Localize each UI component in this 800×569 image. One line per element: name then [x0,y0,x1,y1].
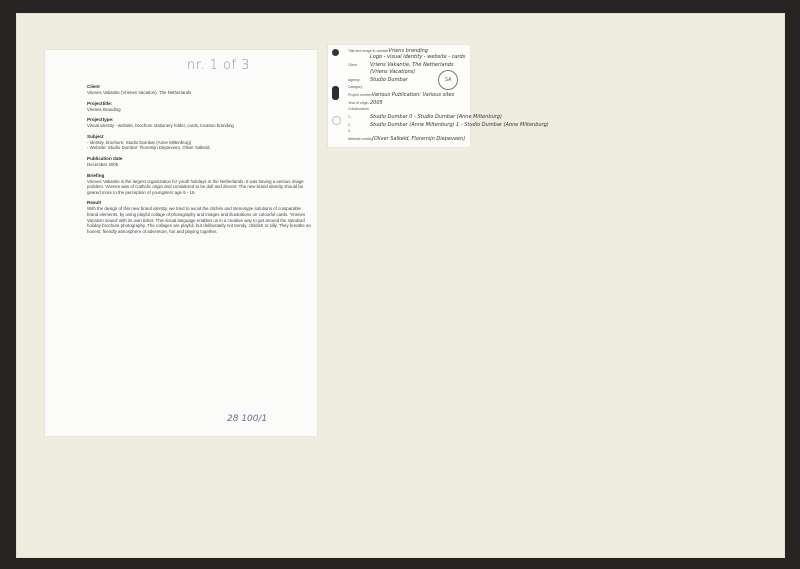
card-row-value: (Oliver Salkeld, Floremijn Diepeveen) [372,136,465,142]
stamp-seal: SA [438,70,458,90]
card-row-label: 2 - [348,123,370,127]
handwritten-reference-top: nr. 1 of 3 [187,58,250,73]
card-row: Year of origin2005 [348,100,383,106]
card-row: 1 -Studio Dumbar 0 - Studio Dumbar (Anne… [348,114,502,120]
card-row-value: Various Publication: Various sites [372,92,455,98]
section: Projecttitle:Vrienes Branding [87,101,313,113]
card-row-value: 2005 [370,100,383,106]
section: ClientVrienes Vakantie (Vrienes Vacation… [87,84,313,96]
section-text: Vrienes Vakantie is the largest organiza… [87,179,313,196]
section-text: Vrienes Branding [87,107,313,113]
card-row-label: Year of origin [348,101,370,105]
section-text: With the design of this new brand identi… [87,206,313,234]
punch-slot-icon [332,86,339,100]
card-row-label: Collaborators [348,107,370,111]
card-row: (Vriens Vacations) [348,69,415,75]
card-row: Project numberVarious Publication: Vario… [348,92,454,98]
section-text: Visual identity - website, brochure stat… [87,123,313,129]
card-row-value: (Vriens Vacations) [370,69,415,75]
section-text: Vrienes Vakantie (Vrienes Vacation), The… [87,90,313,96]
handwritten-reference-bottom: 28 100/1 [227,414,267,424]
card-row-label: Category [348,85,370,89]
card-row-label: 3 - [348,129,370,133]
section: ResultWith the design of this new brand … [87,200,313,234]
card-row-label: Title and image in website [348,49,388,53]
section-text: - Identity, brochure: Studio Dumbar (Ann… [87,140,313,151]
card-row-label: Client [348,63,370,67]
card-row-value: Studio Dumbar [370,77,408,83]
punch-hole-icon [332,49,339,56]
card-row-value: Vriens Vakantie, The Netherlands [370,62,454,68]
sheet-content: ClientVrienes Vakantie (Vrienes Vacation… [87,84,313,239]
card-row-label: Agency [348,78,370,82]
backing-board: nr. 1 of 3 ClientVrienes Vakantie (Vrien… [16,13,785,558]
section: BriefingVrienes Vakantie is the largest … [87,173,313,196]
card-row: Logo - visual identity - website - cards [348,54,465,60]
punch-hole-empty-icon [332,116,341,125]
card-row: 2 -Studio Dumbar (Anne Miltenburg) 1 - S… [348,122,549,128]
card-row-value: Studio Dumbar 0 - Studio Dumbar (Anne Mi… [370,114,502,120]
card-row: Category [348,85,370,89]
card-row-value: Logo - visual identity - website - cards [370,54,465,60]
index-card: SA Title and image in websiteVriens bran… [328,45,470,147]
card-row: AgencyStudio Dumbar [348,77,408,83]
card-row-value: Studio Dumbar (Anne Miltenburg) 1 - Stud… [370,122,549,128]
card-row-label: 1 - [348,115,370,119]
card-row: ClientVriens Vakantie, The Netherlands [348,62,454,68]
card-row: 3 - [348,129,370,133]
card-row: Collaborators [348,107,370,111]
card-row-label: Project number [348,93,372,97]
card-row-label: Website credits [348,137,372,141]
section: Subject- Identity, brochure: Studio Dumb… [87,134,313,151]
card-row: Website credits(Oliver Salkeld, Floremij… [348,136,465,142]
section-text: December 2005 [87,162,313,168]
section: Projecttype:Visual identity - website, b… [87,117,313,129]
section: Publication dateDecember 2005 [87,156,313,168]
document-sheet: nr. 1 of 3 ClientVrienes Vakantie (Vrien… [45,50,317,436]
